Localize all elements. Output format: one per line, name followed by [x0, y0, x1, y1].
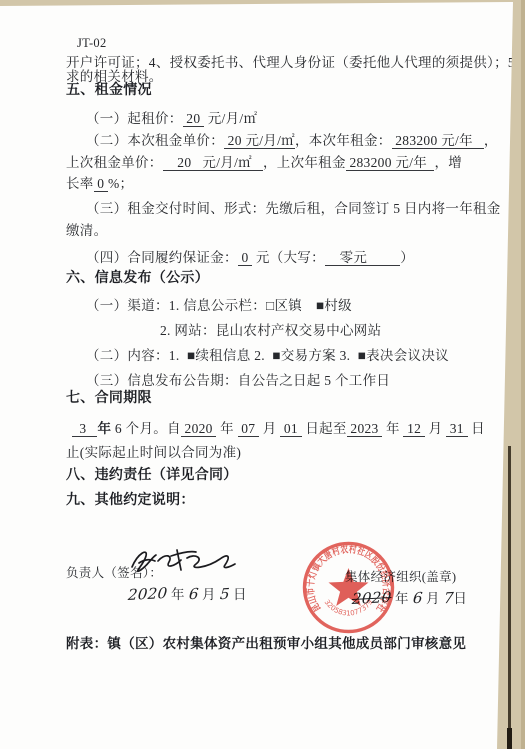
publish-content-line: （二）内容：1. ■续租信息 2. ■交易方案 3. ■表决会议决议: [86, 347, 449, 364]
section-9-heading: 九、其他约定说明：: [66, 492, 195, 509]
label: 日: [453, 591, 467, 606]
label: 日: [229, 587, 246, 602]
label: 月: [198, 587, 219, 602]
stamp-code-text: 3205831077379: [323, 598, 375, 617]
label: %；: [108, 176, 133, 191]
stamp-star-icon: [329, 568, 369, 606]
label: ，本次年租金：: [295, 133, 392, 148]
label: 长率: [66, 176, 94, 191]
end-month: 12: [403, 421, 424, 437]
section-8-heading: 八、违约责任（详见合同）: [66, 467, 238, 484]
left-date-day-value: 5: [219, 586, 230, 603]
deposit-words: 零元: [325, 250, 400, 266]
current-rent-line: （二）本次租金单价： 20 元/月/㎡，本次年租金： 283200 元/年 ，: [86, 132, 498, 149]
label: ）: [400, 250, 414, 265]
rent-start-price-line: （一）起租价： 20 元/月/㎡: [86, 110, 257, 127]
label: （四）合同履约保证金：: [86, 250, 238, 265]
label: 年: [382, 421, 403, 436]
growth-rate-line: 长率 0 %；: [66, 175, 133, 192]
label: 6 个月。自: [111, 421, 181, 436]
label: 年: [167, 587, 188, 602]
growth-rate-value: 0: [94, 176, 108, 192]
official-red-stamp: 昆山市千灯镇大唐村农村社区股份经济合作社 3205831077379: [276, 515, 421, 660]
form-code: JT-02: [77, 35, 107, 52]
section-7-heading: 七、合同期限: [66, 390, 152, 407]
label: 日: [468, 421, 485, 436]
label: 元（大写：: [252, 250, 325, 265]
previous-unit-price: 20 元/月/㎡: [163, 155, 263, 171]
duration-years: 3: [72, 421, 97, 437]
previous-year-rent: 283200 元/年: [346, 155, 435, 171]
label: 月: [425, 421, 446, 436]
publish-period-line: （三）信息发布公告期：自公告之日起 5 个工作日: [86, 372, 390, 389]
label: （二）本次租金单价：: [86, 133, 224, 148]
left-date-year-value: 2020: [127, 585, 168, 604]
section-6-heading: 六、信息发布（公示）: [66, 270, 209, 287]
publish-website-line: 2. 网站：昆山农村产权交易中心网站: [160, 322, 381, 339]
page-edge-shadow: [508, 446, 511, 749]
label: ，上次年租金: [263, 155, 346, 170]
unit: 元/月/㎡: [204, 111, 257, 126]
right-date-day-value: 7: [443, 590, 454, 607]
label: 年: [97, 421, 111, 436]
label: 日起至: [302, 421, 347, 436]
deposit-value: 0: [238, 250, 252, 266]
section-5-heading: 五、租金情况: [66, 82, 152, 99]
current-unit-price: 20 元/月/㎡: [224, 133, 295, 149]
label: 年: [216, 421, 237, 436]
label: （一）起租价：: [86, 111, 183, 126]
label: ，增: [434, 155, 462, 170]
handwritten-signature: [125, 543, 243, 587]
svg-text:3205831077379: 3205831077379: [323, 598, 375, 617]
document-page: JT-02 开户许可证；4、授权委托书、代理人身份证（委托他人代理的须提供）；5…: [0, 0, 525, 749]
scan-right-edge: [521, 0, 525, 749]
previous-rent-line: 上次租金单价： 20 元/月/㎡ ，上次年租金 283200 元/年 ，增: [66, 154, 462, 171]
deposit-line: （四）合同履约保证金： 0 元（大写： 零元 ）: [86, 249, 414, 266]
contract-duration-line: 3 年 6 个月。自 2020 年 07 月 01 日起至 2023 年 12 …: [72, 420, 485, 437]
label: 月: [259, 421, 280, 436]
start-day: 01: [280, 421, 301, 437]
page-corner-shadow: [507, 728, 512, 749]
left-date-month-value: 6: [188, 586, 199, 603]
contract-duration-note: 止(实际起止时间以合同为准): [66, 444, 241, 461]
comma: ，: [484, 133, 498, 148]
start-month: 07: [238, 421, 259, 437]
end-day: 31: [446, 421, 467, 437]
label: 月: [422, 591, 443, 606]
payment-terms-line-1: （三）租金交付时间、形式：先缴后租，合同签订 5 日内将一年租金: [86, 200, 501, 217]
end-year: 2023: [347, 421, 383, 437]
label: 上次租金单价：: [66, 155, 163, 170]
publish-channel-line: （一）渠道：1. 信息公示栏：□区镇 ■村级: [86, 297, 352, 314]
payment-terms-line-2: 缴清。: [66, 222, 107, 239]
left-sign-date: 2020 年 6 月 5 日: [128, 586, 247, 603]
start-price-value: 20: [183, 111, 204, 127]
current-year-rent: 283200 元/年: [392, 133, 484, 149]
start-year: 2020: [181, 421, 217, 437]
